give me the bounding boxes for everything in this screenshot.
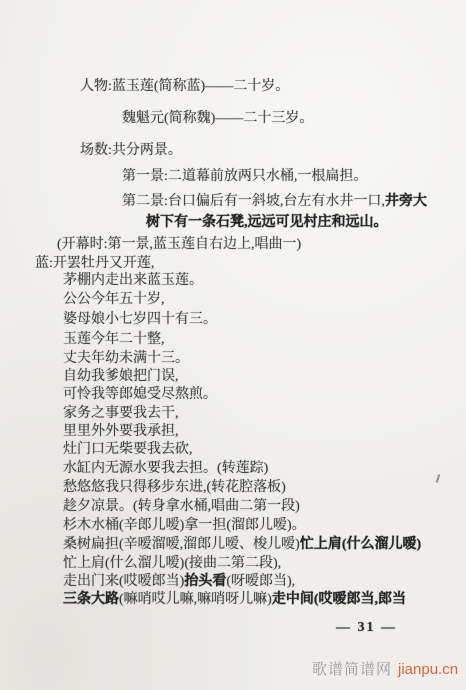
text-run: 婆母娘小七岁四十有三。	[63, 312, 217, 327]
text-run: 自幼我爹娘把门误,	[63, 369, 179, 384]
text-run: 玉莲今年二十整,	[63, 332, 165, 347]
text-run: 三条大路	[63, 592, 119, 607]
script-line: 茅棚内走出来蓝玉莲。	[63, 272, 203, 289]
text-run: 可怜我等郎媳受尽熬煎。	[63, 387, 217, 402]
text-run: 灶门口无柴要我去砍,	[63, 442, 193, 457]
text-run: 丈夫年幼未满十三。	[63, 351, 189, 366]
script-line: 丈夫年幼未满十三。	[63, 350, 189, 367]
text-run: 桑树扁担(辛嗳溜嗳,溜郎儿嗳、梭儿嗳)	[63, 537, 300, 552]
script-line: 家务之事要我去干,	[63, 405, 179, 422]
text-run: 忙上肩(什么溜儿嗳)(接曲二第二段),	[63, 556, 281, 571]
text-run: 忙上肩(什么溜儿嗳)	[300, 537, 421, 552]
script-line: 忙上肩(什么溜儿嗳)(接曲二第二段),	[63, 555, 281, 572]
text-run: 树下有一条石凳,远远可见村庄和远山。	[146, 215, 388, 230]
script-line: 树下有一条石凳,远远可见村庄和远山。	[146, 214, 388, 231]
script-line: 婆母娘小七岁四十有三。	[63, 311, 217, 328]
text-run: 茅棚内走出来蓝玉莲。	[63, 273, 203, 288]
text-run: (开幕时:第一景,蓝玉莲自右边上,唱曲一)	[57, 237, 301, 252]
script-line: 趁夕凉景。(转身拿水桶,唱曲二第一段)	[63, 498, 300, 515]
text-run: 抬头看	[184, 574, 226, 589]
page-number: — 31 —	[336, 620, 456, 636]
script-line: 魏魁元(简称魏)——二十三岁。	[122, 110, 313, 127]
text-run: 水缸内无源水要我去担。(转莲踪)	[63, 461, 268, 476]
text-run: (嘛哨哎儿嘛,嘛哨呀儿嘛)	[119, 592, 272, 607]
text-run: 愁悠悠我只得移步东进,(转花腔落板)	[63, 480, 286, 495]
text-run: 魏魁元(简称魏)——二十三岁。	[122, 111, 313, 126]
text-run: 家务之事要我去干,	[63, 406, 179, 421]
script-line: 公公今年五十岁,	[63, 291, 165, 308]
script-body: 人物:蓝玉莲(简称蓝)——二十岁。魏魁元(简称魏)——二十三岁。场数:共分两景。…	[0, 0, 466, 690]
watermark: 歌谱简谱网jianpu.cn	[312, 658, 458, 679]
script-line: 可怜我等郎媳受尽熬煎。	[63, 386, 217, 403]
script-line: 走出门来(哎嗳郎当)抬头看(呀嗳郎当),	[63, 573, 295, 590]
script-line: 桑树扁担(辛嗳溜嗳,溜郎儿嗳、梭儿嗳)忙上肩(什么溜儿嗳)	[63, 536, 421, 553]
script-line: 水缸内无源水要我去担。(转莲踪)	[63, 460, 268, 477]
text-run: 场数:共分两景。	[80, 143, 182, 158]
text-run: 第二景:台口偏后有一斜坡,台左有水井一口,	[122, 194, 385, 209]
text-run: 里里外外要我承担,	[63, 424, 179, 439]
text-run: 杉木水桶(辛郎儿嗳)拿一担(溜郎儿嗳)。	[63, 518, 306, 533]
script-line: 第二景:台口偏后有一斜坡,台左有水井一口,井旁大	[122, 193, 427, 210]
script-line: 杉木水桶(辛郎儿嗳)拿一担(溜郎儿嗳)。	[63, 517, 306, 534]
text-run: 蓝:	[35, 256, 53, 271]
script-line: 愁悠悠我只得移步东进,(转花腔落板)	[63, 479, 286, 496]
text-run: 走出门来(哎嗳郎当)	[63, 574, 184, 589]
script-line: 里里外外要我承担,	[63, 423, 179, 440]
script-line: 场数:共分两景。	[80, 142, 182, 159]
script-line: 人物:蓝玉莲(简称蓝)——二十岁。	[80, 78, 289, 95]
scanned-page: 人物:蓝玉莲(简称蓝)——二十岁。魏魁元(简称魏)——二十三岁。场数:共分两景。…	[0, 0, 466, 690]
script-line: 玉莲今年二十整,	[63, 331, 165, 348]
script-line: 三条大路(嘛哨哎儿嘛,嘛哨呀儿嘛)走中间(哎嗳郎当,郎当	[63, 591, 406, 608]
script-line: 自幼我爹娘把门误,	[63, 368, 179, 385]
text-run: 走中间(哎嗳郎当,郎当	[272, 592, 406, 607]
text-run: 人物:蓝玉莲(简称蓝)——二十岁。	[80, 79, 289, 94]
text-run: 第一景:二道幕前放两只水桶,一根扁担。	[122, 169, 367, 184]
script-line: 灶门口无柴要我去砍,	[63, 441, 193, 458]
watermark-site-name: 歌谱简谱网	[312, 661, 392, 678]
script-line: (开幕时:第一景,蓝玉莲自右边上,唱曲一)	[57, 236, 301, 253]
text-run: (呀嗳郎当),	[226, 574, 295, 589]
text-run: 开罢牡丹又开莲,	[53, 256, 155, 271]
text-run: 公公今年五十岁,	[63, 292, 165, 307]
watermark-site-url: jianpu.cn	[398, 661, 458, 678]
text-run: 井旁大	[385, 194, 427, 209]
script-line: 蓝:开罢牡丹又开莲,	[35, 255, 154, 272]
text-run: 趁夕凉景。(转身拿水桶,唱曲二第一段)	[63, 499, 300, 514]
script-line: 第一景:二道幕前放两只水桶,一根扁担。	[122, 168, 367, 185]
